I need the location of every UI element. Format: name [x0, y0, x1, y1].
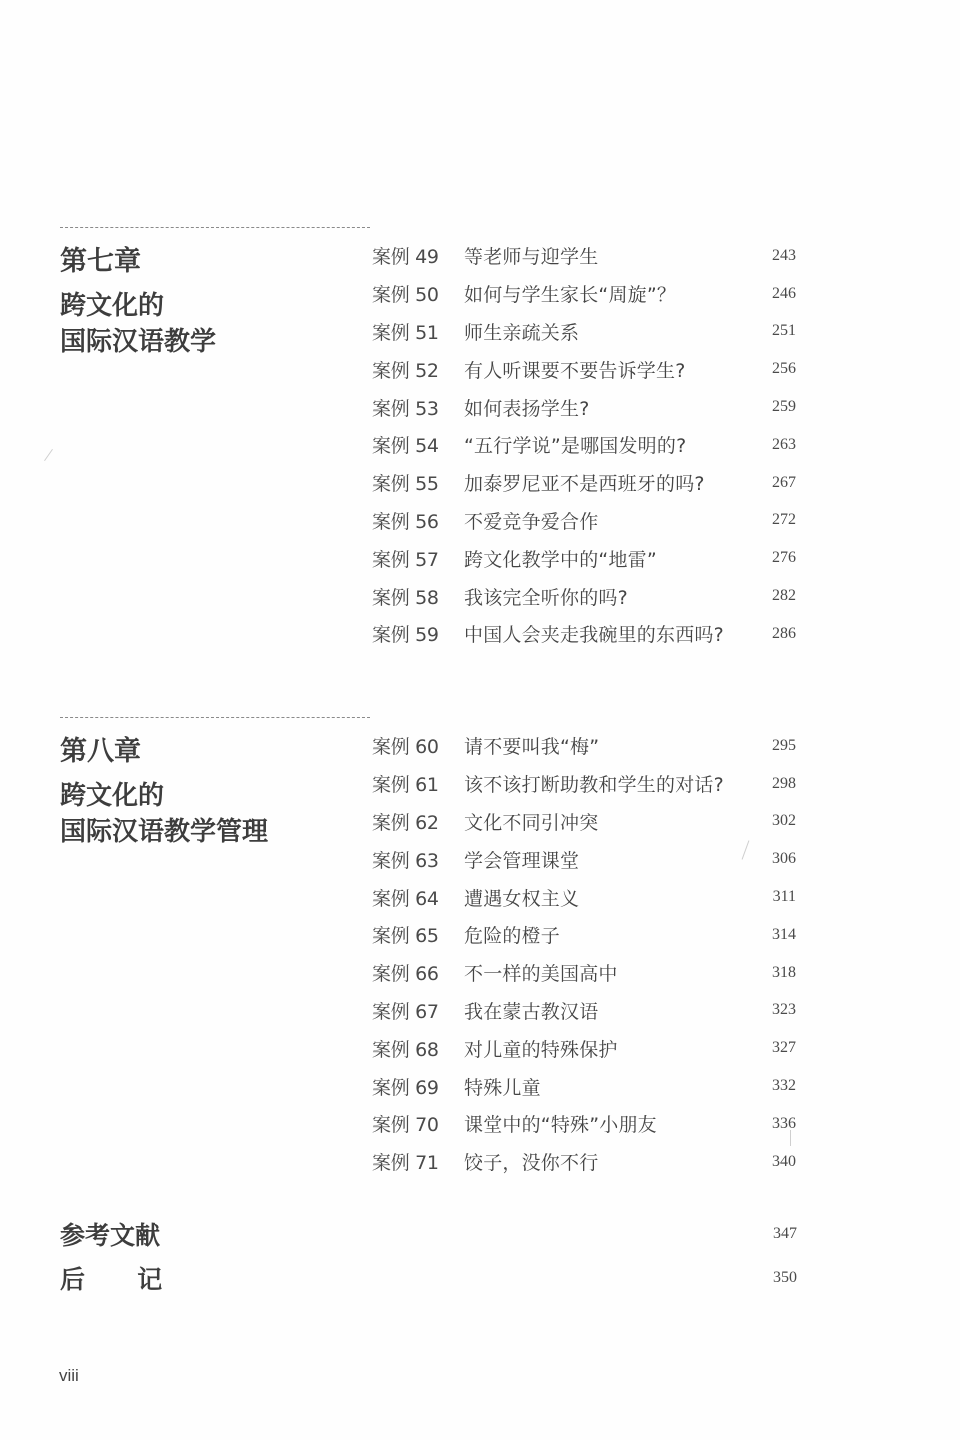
- page-number: 276: [772, 549, 796, 567]
- toc-entry[interactable]: 案例 49等老师与迎学生243: [372, 237, 802, 275]
- page-number: 259: [772, 398, 796, 416]
- toc-entry[interactable]: 案例 58我该完全听你的吗?282: [372, 577, 802, 615]
- toc-entry[interactable]: 案例 70课堂中的“特殊”小朋友336: [372, 1105, 802, 1143]
- back-matter-label: 参考文献: [60, 1216, 160, 1252]
- case-list: 案例 60请不要叫我“梅”295 案例 61该不该打断助教和学生的对话?298 …: [372, 727, 802, 1181]
- page-number: 246: [772, 285, 796, 303]
- toc-entry-afterword[interactable]: 后 记 350: [60, 1258, 797, 1298]
- case-title: 对儿童的特殊保护: [464, 1035, 802, 1062]
- chapter-number: 第八章: [60, 736, 268, 768]
- case-title: 学会管理课堂: [464, 846, 802, 873]
- case-label: 案例 52: [372, 356, 464, 383]
- toc-entry[interactable]: 案例 54“五行学说”是哪国发明的?263: [372, 426, 802, 464]
- case-title: 特殊儿童: [464, 1073, 802, 1100]
- page-number: 251: [772, 322, 796, 340]
- case-title: 加泰罗尼亚不是西班牙的吗?: [464, 469, 802, 496]
- case-title: 饺子，没你不行: [464, 1148, 802, 1175]
- toc-entry[interactable]: 案例 63学会管理课堂306: [372, 840, 802, 878]
- toc-entry[interactable]: 案例 56不爱竞争爱合作272: [372, 502, 802, 540]
- page-number: 306: [772, 850, 796, 868]
- case-title: 等老师与迎学生: [464, 242, 802, 269]
- case-label: 案例 53: [372, 394, 464, 421]
- case-title: 我在蒙古教汉语: [464, 997, 802, 1024]
- case-title: 不爱竞争爱合作: [464, 507, 802, 534]
- toc-entry[interactable]: 案例 60请不要叫我“梅”295: [372, 727, 802, 765]
- case-label: 案例 57: [372, 545, 464, 572]
- page-number: 336: [772, 1115, 796, 1133]
- chapter-number: 第七章: [60, 246, 216, 278]
- case-label: 案例 63: [372, 846, 464, 873]
- page-number: 298: [772, 775, 796, 793]
- chapter-title-line: 国际汉语教学管理: [60, 814, 268, 850]
- toc-entry[interactable]: 案例 59中国人会夹走我碗里的东西吗?286: [372, 615, 802, 653]
- case-title: 该不该打断助教和学生的对话?: [464, 770, 802, 797]
- scan-speck: [44, 449, 53, 461]
- case-title: 中国人会夹走我碗里的东西吗?: [464, 620, 802, 647]
- toc-entry[interactable]: 案例 53如何表扬学生?259: [372, 388, 802, 426]
- page-number: 267: [772, 474, 796, 492]
- case-label: 案例 68: [372, 1035, 464, 1062]
- page-number: 323: [772, 1001, 796, 1019]
- case-title: 跨文化教学中的“地雷”: [464, 545, 802, 572]
- case-label: 案例 70: [372, 1110, 464, 1137]
- page-number: 340: [772, 1153, 796, 1171]
- case-title: 课堂中的“特殊”小朋友: [464, 1110, 802, 1137]
- case-title: “五行学说”是哪国发明的?: [464, 431, 802, 458]
- page-number: 318: [772, 964, 796, 982]
- page-number: 286: [772, 625, 796, 643]
- toc-entry[interactable]: 案例 61该不该打断助教和学生的对话?298: [372, 765, 802, 803]
- case-label: 案例 58: [372, 583, 464, 610]
- case-label: 案例 65: [372, 921, 464, 948]
- case-label: 案例 60: [372, 732, 464, 759]
- case-label: 案例 50: [372, 280, 464, 307]
- toc-entry[interactable]: 案例 69特殊儿童332: [372, 1067, 802, 1105]
- chapter-title-line: 跨文化的: [60, 288, 216, 324]
- page-number: 243: [772, 247, 796, 265]
- case-title: 不一样的美国高中: [464, 959, 802, 986]
- case-label: 案例 64: [372, 884, 464, 911]
- chapter-heading: 第七章 跨文化的 国际汉语教学: [60, 246, 216, 360]
- scan-speck: [790, 1130, 791, 1146]
- case-list: 案例 49等老师与迎学生243 案例 50如何与学生家长“周旋”？246 案例 …: [372, 237, 802, 653]
- case-title: 请不要叫我“梅”: [464, 732, 802, 759]
- case-label: 案例 62: [372, 808, 464, 835]
- toc-entry[interactable]: 案例 66不一样的美国高中318: [372, 954, 802, 992]
- page-number: 263: [772, 436, 796, 454]
- toc-entry[interactable]: 案例 65危险的橙子314: [372, 916, 802, 954]
- page-number: 282: [772, 587, 796, 605]
- case-label: 案例 67: [372, 997, 464, 1024]
- case-title: 如何与学生家长“周旋”？: [464, 280, 802, 307]
- case-label: 案例 54: [372, 431, 464, 458]
- case-label: 案例 66: [372, 959, 464, 986]
- case-title: 有人听课要不要告诉学生?: [464, 356, 802, 383]
- page-number: 350: [773, 1269, 797, 1287]
- case-label: 案例 56: [372, 507, 464, 534]
- page-number: 295: [772, 737, 796, 755]
- chapter-title-line: 国际汉语教学: [60, 324, 216, 360]
- toc-entry-references[interactable]: 参考文献 347: [60, 1214, 797, 1254]
- toc-entry[interactable]: 案例 52有人听课要不要告诉学生?256: [372, 350, 802, 388]
- back-matter-label: 后 记: [60, 1260, 162, 1296]
- chapter-divider: [60, 717, 370, 718]
- toc-entry[interactable]: 案例 51师生亲疏关系251: [372, 313, 802, 351]
- case-label: 案例 71: [372, 1148, 464, 1175]
- case-label: 案例 59: [372, 620, 464, 647]
- toc-entry[interactable]: 案例 68对儿童的特殊保护327: [372, 1029, 802, 1067]
- toc-entry[interactable]: 案例 67我在蒙古教汉语323: [372, 992, 802, 1030]
- case-title: 师生亲疏关系: [464, 318, 802, 345]
- case-title: 危险的橙子: [464, 921, 802, 948]
- toc-entry[interactable]: 案例 50如何与学生家长“周旋”？246: [372, 275, 802, 313]
- case-label: 案例 49: [372, 242, 464, 269]
- case-label: 案例 51: [372, 318, 464, 345]
- toc-entry[interactable]: 案例 64遭遇女权主义311: [372, 878, 802, 916]
- page-number: 311: [773, 888, 796, 906]
- page-number: 332: [772, 1077, 796, 1095]
- page-number: 256: [772, 360, 796, 378]
- page-number: 347: [773, 1225, 797, 1243]
- page-number: 272: [772, 511, 796, 529]
- case-label: 案例 69: [372, 1073, 464, 1100]
- page-number: 327: [772, 1039, 796, 1057]
- case-title: 遭遇女权主义: [464, 884, 802, 911]
- chapter-divider: [60, 227, 370, 228]
- chapter-heading: 第八章 跨文化的 国际汉语教学管理: [60, 736, 268, 850]
- toc-entry[interactable]: 案例 71饺子，没你不行340: [372, 1143, 802, 1181]
- toc-entry[interactable]: 案例 62文化不同引冲突302: [372, 803, 802, 841]
- toc-entry[interactable]: 案例 55加泰罗尼亚不是西班牙的吗?267: [372, 464, 802, 502]
- case-title: 文化不同引冲突: [464, 808, 802, 835]
- case-title: 如何表扬学生?: [464, 394, 802, 421]
- toc-entry[interactable]: 案例 57跨文化教学中的“地雷”276: [372, 539, 802, 577]
- chapter-title: 跨文化的 国际汉语教学: [60, 288, 216, 360]
- page-folio: viii: [59, 1366, 79, 1386]
- case-label: 案例 61: [372, 770, 464, 797]
- chapter-title-line: 跨文化的: [60, 778, 268, 814]
- page-number: 314: [772, 926, 796, 944]
- page-number: 302: [772, 812, 796, 830]
- chapter-title: 跨文化的 国际汉语教学管理: [60, 778, 268, 850]
- case-label: 案例 55: [372, 469, 464, 496]
- case-title: 我该完全听你的吗?: [464, 583, 802, 610]
